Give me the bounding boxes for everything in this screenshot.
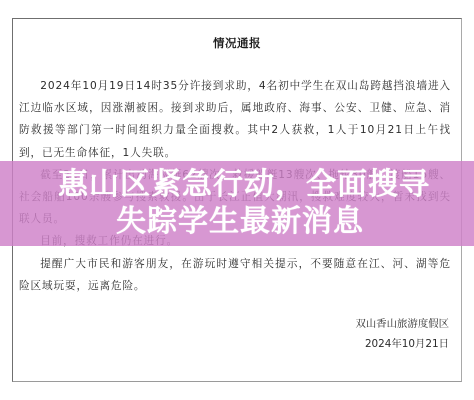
signature-date: 2024年10月21日 [355,334,449,354]
notice-paragraph-safety-reminder: 提醒广大市民和游客朋友，在游玩时遵守相关提示，不要随意在江、河、湖等危险区域玩耍… [19,253,451,297]
news-image: 情况通报 2024年10月19日14时35分许接到求助，4名初中学生在双山岛跨越… [0,0,474,400]
headline-line-1: 惠山区紧急行动，全面搜寻 [58,166,430,203]
signature-organization: 双山香山旅游度假区 [355,314,449,334]
notice-paragraph-incident: 2024年10月19日14时35分许接到求助，4名初中学生在双山岛跨越挡浪墙进入… [19,75,451,164]
notice-signature: 双山香山旅游度假区 2024年10月21日 [355,314,449,354]
headline-text: 惠山区紧急行动，全面搜寻 失踪学生最新消息 [58,166,430,240]
headline-line-2: 失踪学生最新消息 [58,203,430,240]
notice-title: 情况通报 [13,35,461,51]
headline-banner: 惠山区紧急行动，全面搜寻 失踪学生最新消息 [0,161,474,246]
